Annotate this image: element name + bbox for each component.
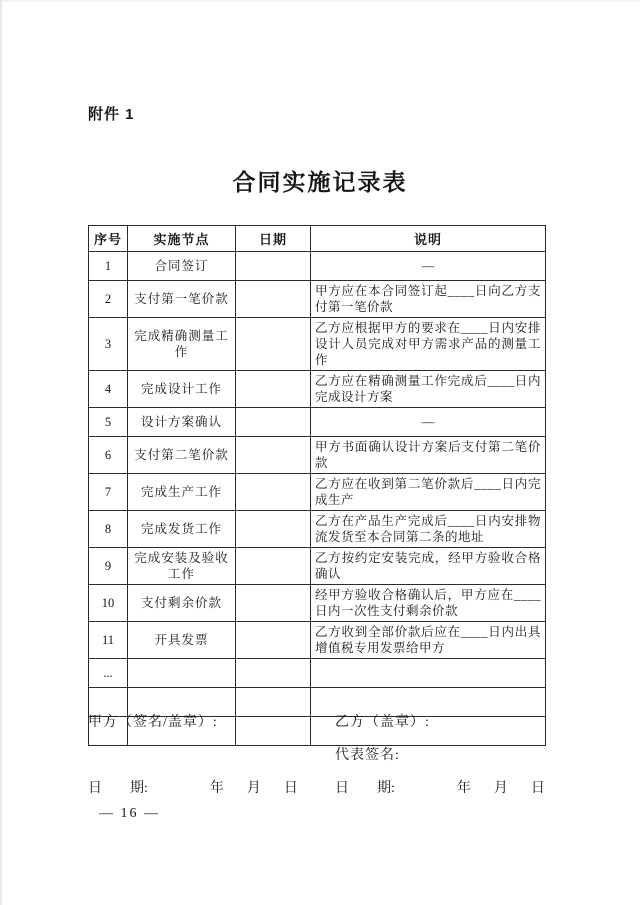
cell-date: [236, 548, 311, 585]
table-row: 5 设计方案确认 —: [89, 408, 546, 437]
date-char-yue: 月: [247, 777, 261, 797]
cell-serial-number: 2: [89, 281, 128, 318]
cell-description: 乙方应在收到第二笔价款后____日内完成生产: [311, 474, 546, 511]
representative-signature-label: 代表签名:: [335, 744, 640, 764]
cell-date: [236, 511, 311, 548]
party-b-signature-label: 乙方（盖章）:: [335, 711, 640, 731]
table-row: 10 支付剩余价款 经甲方验收合格确认后，甲方应在____日内一次性支付剩余价款: [89, 585, 546, 622]
cell-implementation-node: 设计方案确认: [128, 408, 236, 437]
cell-date: [236, 318, 311, 371]
date-char-yue: 月: [494, 777, 508, 797]
cell-implementation-node: 支付第二笔价款: [128, 437, 236, 474]
cell-date: [236, 585, 311, 622]
cell-implementation-node: 完成生产工作: [128, 474, 236, 511]
table-row: 11 开具发票 乙方收到全部价款后应在____日内出具增值税专用发票给甲方: [89, 622, 546, 659]
cell-serial-number: 5: [89, 408, 128, 437]
header-date: 日期: [236, 226, 311, 252]
cell-serial-number: 1: [89, 252, 128, 281]
header-implementation-node: 实施节点: [128, 226, 236, 252]
cell-description: 经甲方验收合格确认后，甲方应在____日内一次性支付剩余价款: [311, 585, 546, 622]
date-char-ri2: 日: [284, 777, 298, 797]
table-body: 1 合同签订 — 2 支付第一笔价款 甲方应在本合同签订起____日向乙方支付第…: [89, 252, 546, 746]
party-a-date-line: 日 期: 年 月 日: [88, 777, 335, 797]
cell-description: 乙方应根据甲方的要求在____日内安排设计人员完成对甲方需求产品的测量工作: [311, 318, 546, 371]
cell-serial-number: 7: [89, 474, 128, 511]
header-description: 说明: [311, 226, 546, 252]
document-page: 附件 1 合同实施记录表 序号 实施节点 日期 说明 1 合同签订 — 2 支付…: [0, 0, 640, 905]
date-char-nian: 年: [210, 777, 224, 797]
date-char-qi: 期:: [377, 777, 395, 797]
cell-implementation-node: 完成发货工作: [128, 511, 236, 548]
cell-description: —: [311, 252, 546, 281]
table-row: 7 完成生产工作 乙方应在收到第二笔价款后____日内完成生产: [89, 474, 546, 511]
table-row: 1 合同签订 —: [89, 252, 546, 281]
cell-serial-number: 6: [89, 437, 128, 474]
page-title: 合同实施记录表: [0, 164, 640, 197]
cell-serial-number: 10: [89, 585, 128, 622]
cell-date: [236, 659, 311, 688]
cell-implementation-node: 支付剩余价款: [128, 585, 236, 622]
date-char-qi: 期:: [130, 777, 148, 797]
cell-description: [311, 659, 546, 688]
table-row: 3 完成精确测量工作 乙方应根据甲方的要求在____日内安排设计人员完成对甲方需…: [89, 318, 546, 371]
header-serial-number: 序号: [89, 226, 128, 252]
cell-date: [236, 437, 311, 474]
cell-implementation-node: 完成精确测量工作: [128, 318, 236, 371]
cell-date: [236, 371, 311, 408]
cell-date: [236, 252, 311, 281]
cell-implementation-node: 完成设计工作: [128, 371, 236, 408]
signature-footer: 甲方（签名/盖章）: 乙方（盖章）: 代表签名: 日 期: 年 月 日 日 期:…: [0, 711, 640, 797]
table-row: 4 完成设计工作 乙方应在精确测量工作完成后____日内完成设计方案: [89, 371, 546, 408]
table-row: ...: [89, 659, 546, 688]
cell-description: 乙方收到全部价款后应在____日内出具增值税专用发票给甲方: [311, 622, 546, 659]
cell-serial-number: 11: [89, 622, 128, 659]
date-char-ri: 日: [88, 777, 102, 797]
cell-date: [236, 408, 311, 437]
cell-date: [236, 474, 311, 511]
party-a-signature-label: 甲方（签名/盖章）:: [88, 711, 335, 731]
cell-description: 乙方应在精确测量工作完成后____日内完成设计方案: [311, 371, 546, 408]
cell-serial-number: ...: [89, 659, 128, 688]
party-b-date-line: 日 期: 年 月 日: [335, 777, 640, 797]
table-row: 6 支付第二笔价款 甲方书面确认设计方案后支付第二笔价款: [89, 437, 546, 474]
table-header-row: 序号 实施节点 日期 说明: [89, 226, 546, 252]
cell-date: [236, 622, 311, 659]
table-row: 8 完成发货工作 乙方在产品生产完成后____日内安排物流发货至本合同第二条的地…: [89, 511, 546, 548]
cell-description: 甲方书面确认设计方案后支付第二笔价款: [311, 437, 546, 474]
cell-serial-number: 4: [89, 371, 128, 408]
cell-serial-number: 3: [89, 318, 128, 371]
attachment-label: 附件 1: [88, 103, 135, 124]
date-char-nian: 年: [457, 777, 471, 797]
page-number: — 16 —: [99, 806, 160, 822]
date-char-ri2: 日: [531, 777, 545, 797]
cell-implementation-node: 开具发票: [128, 622, 236, 659]
table-row: 9 完成安装及验收工作 乙方按约定安装完成，经甲方验收合格确认: [89, 548, 546, 585]
contract-record-table: 序号 实施节点 日期 说明 1 合同签订 — 2 支付第一笔价款 甲方应在本合同…: [88, 225, 546, 746]
cell-serial-number: 9: [89, 548, 128, 585]
table-row: 2 支付第一笔价款 甲方应在本合同签订起____日向乙方支付第一笔价款: [89, 281, 546, 318]
cell-description: 甲方应在本合同签订起____日向乙方支付第一笔价款: [311, 281, 546, 318]
date-char-ri: 日: [335, 777, 349, 797]
cell-description: —: [311, 408, 546, 437]
cell-implementation-node: 完成安装及验收工作: [128, 548, 236, 585]
cell-implementation-node: [128, 659, 236, 688]
cell-serial-number: 8: [89, 511, 128, 548]
cell-date: [236, 281, 311, 318]
cell-description: 乙方在产品生产完成后____日内安排物流发货至本合同第二条的地址: [311, 511, 546, 548]
cell-implementation-node: 合同签订: [128, 252, 236, 281]
cell-description: 乙方按约定安装完成，经甲方验收合格确认: [311, 548, 546, 585]
cell-implementation-node: 支付第一笔价款: [128, 281, 236, 318]
